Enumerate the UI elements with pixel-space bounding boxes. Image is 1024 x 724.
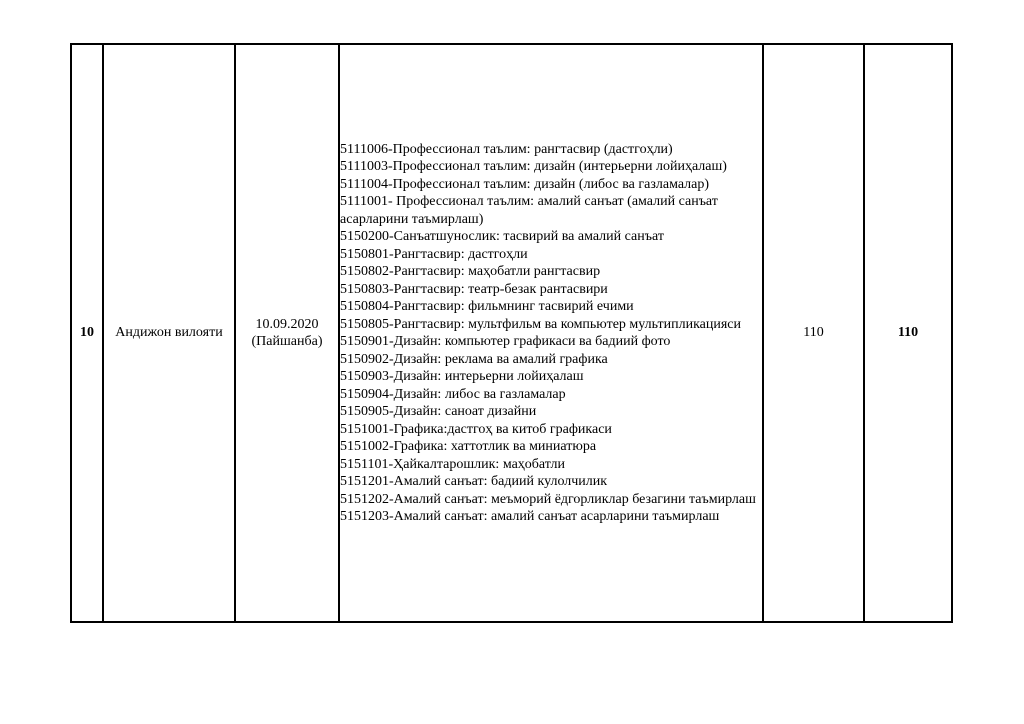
specialty-item: 5150803-Рангтасвир: театр-безак рантасви… [340, 281, 762, 299]
row-number: 10 [71, 44, 103, 622]
specialty-item: 5151101-Ҳайкалтарошлик: маҳобатли [340, 456, 762, 474]
specialty-item: 5150805-Рангтасвир: мультфильм ва компью… [340, 316, 762, 334]
exam-schedule-table: 10 Андижон вилояти 10.09.2020 (Пайшанба)… [70, 43, 953, 623]
specialty-item: 5150905-Дизайн: саноат дизайни [340, 403, 762, 421]
specialty-item: 5150802-Рангтасвир: маҳобатли рангтасвир [340, 263, 762, 281]
total-cell: 110 [864, 44, 952, 622]
quota-cell: 110 [763, 44, 864, 622]
specialty-item: 5150902-Дизайн: реклама ва амалий график… [340, 351, 762, 369]
specialty-item: 5111003-Профессионал таълим: дизайн (инт… [340, 158, 762, 176]
specialty-item: 5111004-Профессионал таълим: дизайн (либ… [340, 176, 762, 194]
specialties-cell: 5111006-Профессионал таълим: рангтасвир … [339, 44, 763, 622]
table-row: 10 Андижон вилояти 10.09.2020 (Пайшанба)… [71, 44, 952, 622]
specialty-item: 5111006-Профессионал таълим: рангтасвир … [340, 141, 762, 159]
specialty-item: 5151002-Графика: хаттотлик ва миниатюра [340, 438, 762, 456]
specialty-item: 5150804-Рангтасвир: фильмнинг тасвирий е… [340, 298, 762, 316]
specialty-list: 5111006-Профессионал таълим: рангтасвир … [340, 141, 762, 526]
document-page: 10 Андижон вилояти 10.09.2020 (Пайшанба)… [0, 0, 1024, 724]
specialty-item: 5111001- Профессионал таълим: амалий сан… [340, 193, 762, 228]
specialty-item: 5151203-Амалий санъат: амалий санъат аса… [340, 508, 762, 526]
specialty-item: 5151001-Графика:дастгоҳ ва китоб графика… [340, 421, 762, 439]
date-cell: 10.09.2020 (Пайшанба) [235, 44, 339, 622]
specialty-item: 5151202-Амалий санъат: меъморий ёдгорлик… [340, 491, 762, 509]
exam-date: 10.09.2020 [236, 316, 338, 334]
exam-weekday: (Пайшанба) [236, 333, 338, 351]
specialty-item: 5150904-Дизайн: либос ва газламалар [340, 386, 762, 404]
specialty-item: 5150901-Дизайн: компьютер графикаси ва б… [340, 333, 762, 351]
specialty-item: 5150801-Рангтасвир: дастгоҳли [340, 246, 762, 264]
specialty-item: 5150200-Санъатшунослик: тасвирий ва амал… [340, 228, 762, 246]
region-cell: Андижон вилояти [103, 44, 235, 622]
specialty-item: 5150903-Дизайн: интерьерни лойиҳалаш [340, 368, 762, 386]
specialty-item: 5151201-Амалий санъат: бадиий кулолчилик [340, 473, 762, 491]
